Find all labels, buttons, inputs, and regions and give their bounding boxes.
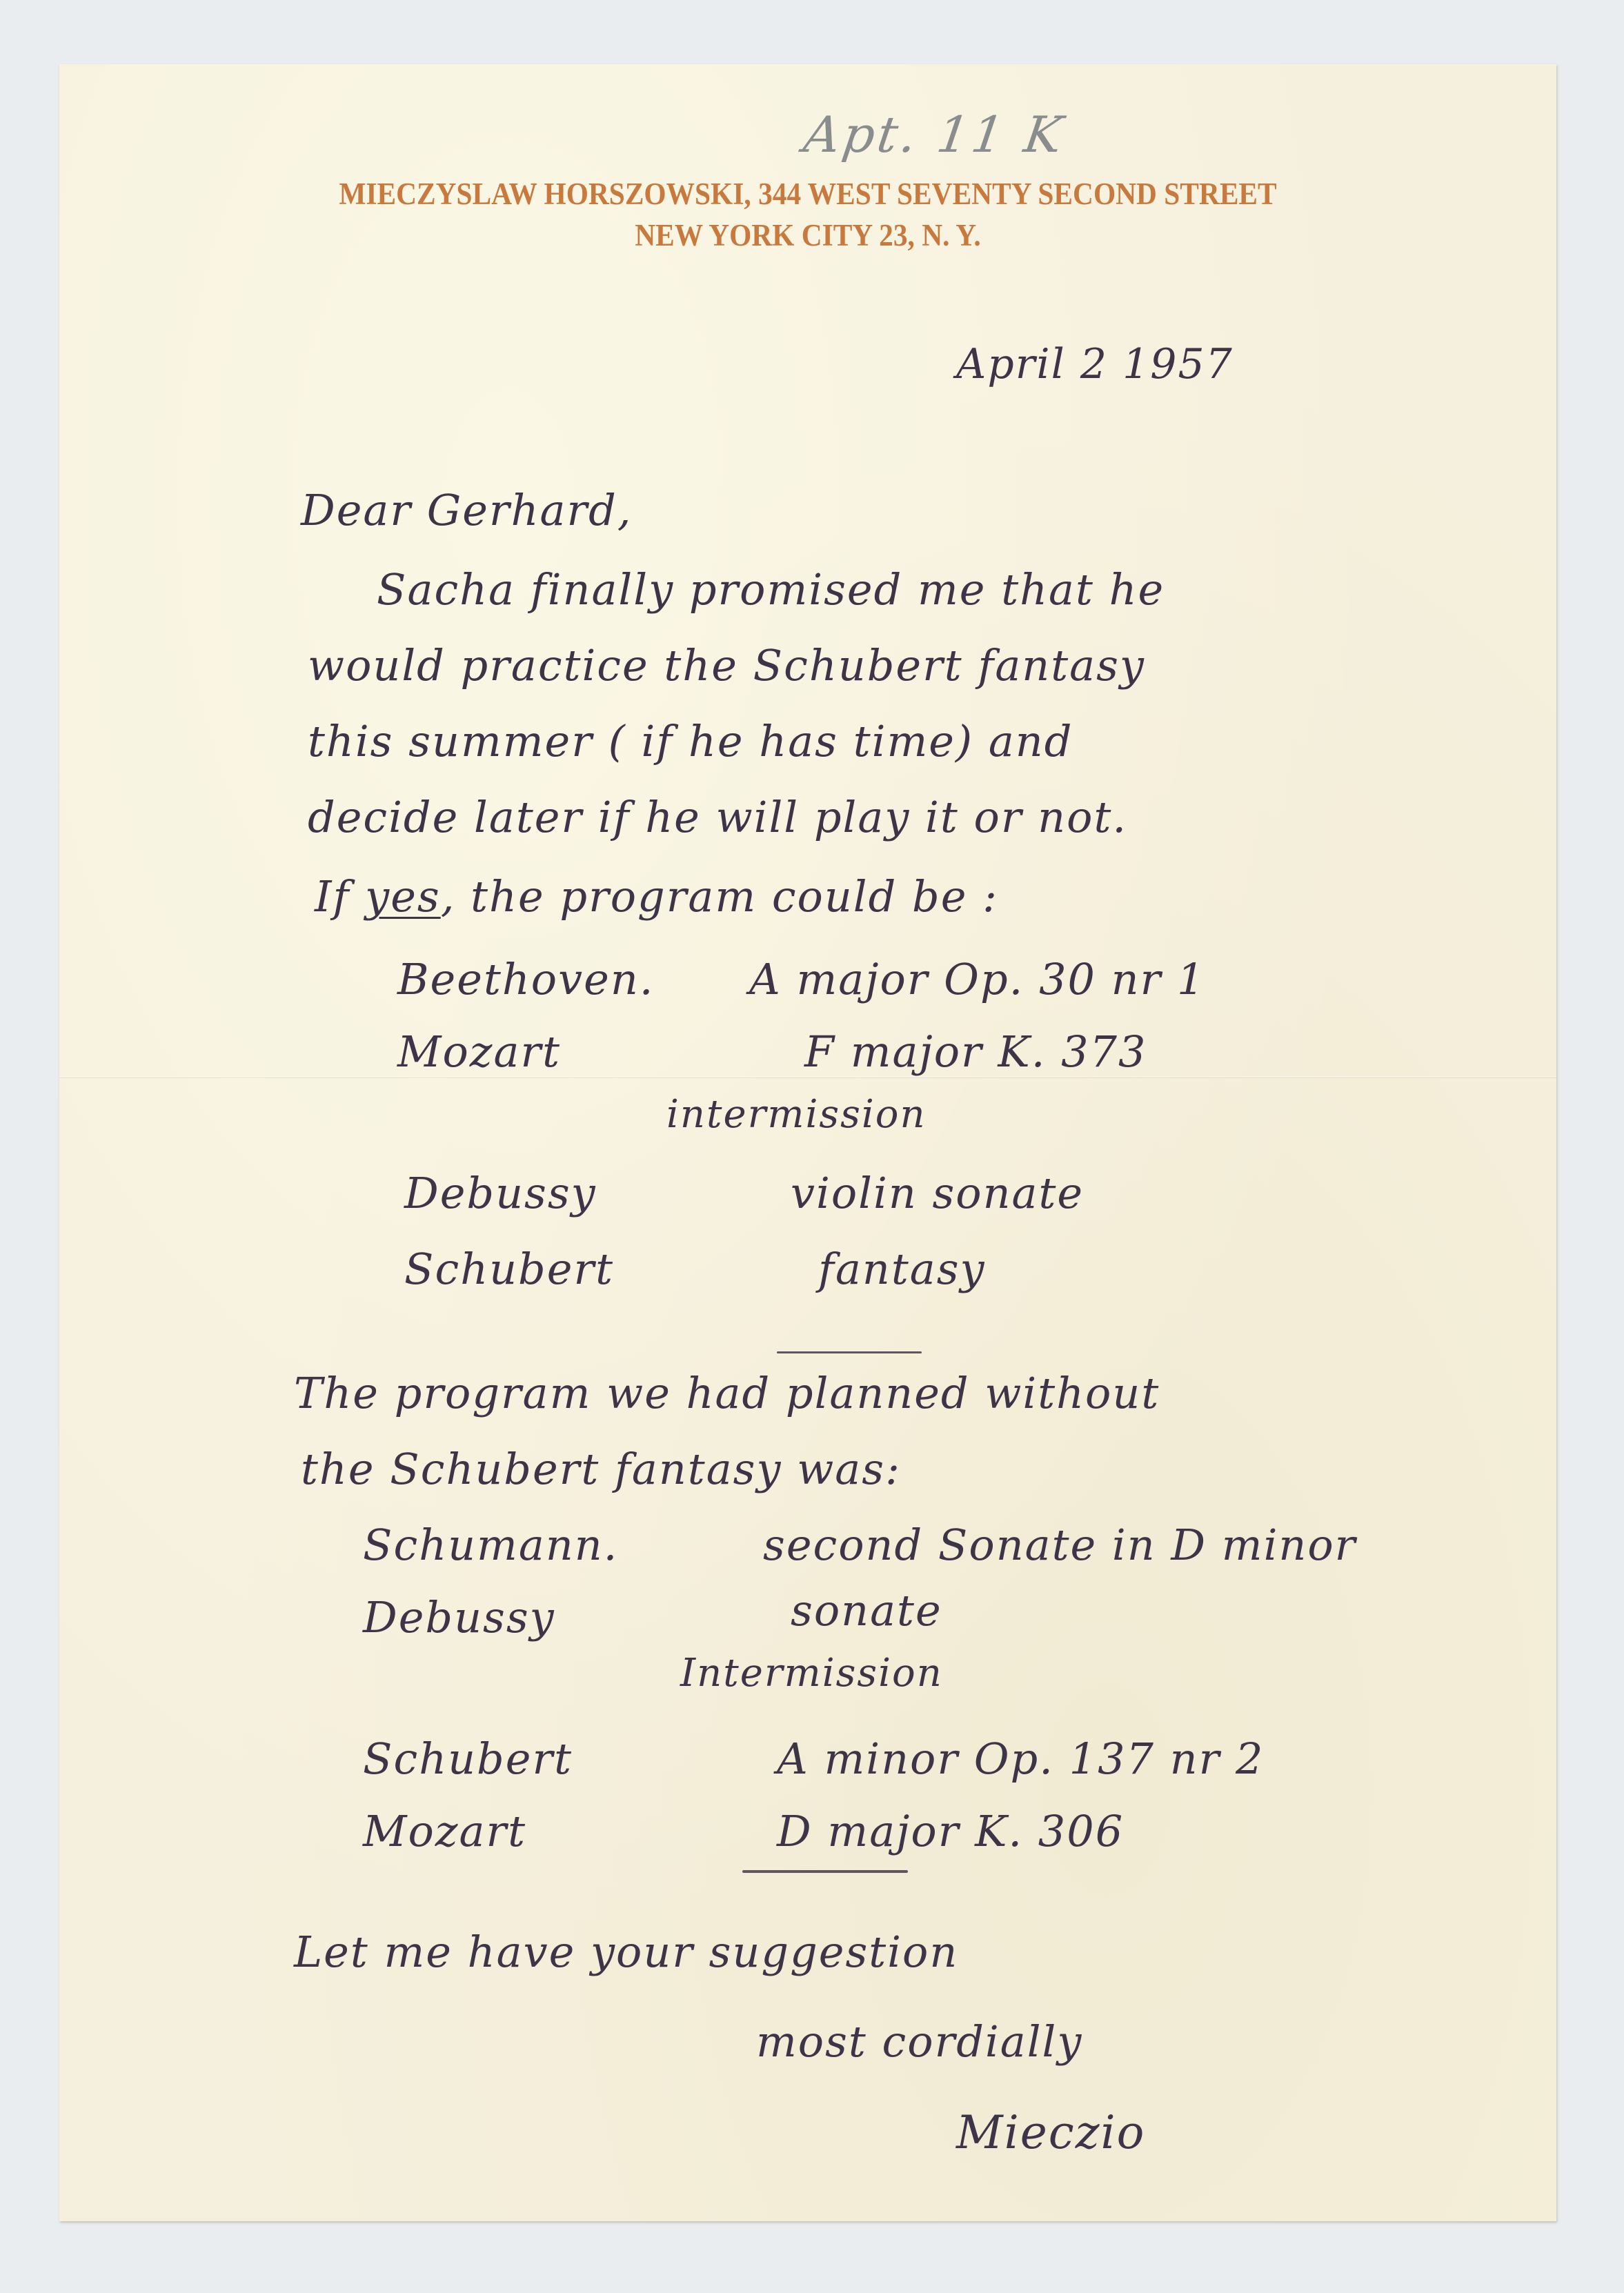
body-line-3: this summer ( if he has time) and (308, 716, 1073, 766)
program-a-composer-4: Schubert (404, 1244, 614, 1294)
program-b-composer-1: Schumann. (363, 1520, 618, 1570)
program-a-composer-3: Debussy (404, 1168, 597, 1218)
pencil-annotation: Apt. 11 K (800, 106, 1069, 163)
body-line-4: decide later if he will play it or not. (308, 792, 1127, 842)
letter-date: April 2 1957 (956, 340, 1234, 388)
program-b-work-1: second Sonate in D minor (763, 1520, 1356, 1570)
program-intro-prefix: If (315, 871, 350, 922)
program-intro-emphasis: yes (365, 871, 441, 922)
program-b-work-2: sonate (791, 1585, 942, 1636)
letterhead-name-address: MIECZYSLAW HORSZOWSKI, 344 WEST SEVENTY … (119, 176, 1496, 212)
letterhead-city: NEW YORK CITY 23, N. Y. (119, 217, 1496, 253)
program-a-work-1: A major Op. 30 nr 1 (749, 954, 1205, 1004)
program-b-composer-3: Schubert (363, 1734, 573, 1784)
program-b-composer-4: Mozart (363, 1806, 526, 1856)
program-intro-suffix: , the program could be : (441, 871, 998, 922)
program-b-intermission: Intermission (680, 1651, 943, 1696)
program-a-work-3: violin sonate (791, 1168, 1084, 1218)
letter-sheet: Apt. 11 K MIECZYSLAW HORSZOWSKI, 344 WES… (59, 64, 1556, 2221)
closing-request: Let me have your suggestion (294, 1927, 958, 1977)
program-b-composer-2: Debussy (363, 1592, 555, 1642)
closing-phrase: most cordially (756, 2016, 1082, 2067)
program-b-work-3: A minor Op. 137 nr 2 (777, 1734, 1264, 1784)
program-a-work-4: fantasy (818, 1244, 986, 1294)
closing-divider (742, 1870, 908, 1873)
program-b-intro-line-2: the Schubert fantasy was: (301, 1444, 901, 1494)
signature: Mieczio (956, 2106, 1145, 2159)
program-a-composer-2: Mozart (397, 1026, 561, 1077)
program-b-intro-line-1: The program we had planned without (294, 1368, 1160, 1418)
body-line-2: would practice the Schubert fantasy (308, 640, 1145, 691)
program-b-work-4: D major K. 306 (777, 1806, 1124, 1856)
section-divider (777, 1351, 922, 1353)
body-line-1: Sacha finally promised me that he (377, 564, 1165, 615)
program-a-work-2: F major K. 373 (804, 1026, 1147, 1077)
program-a-composer-1: Beethoven. (397, 954, 654, 1004)
program-a-intermission: intermission (666, 1092, 927, 1137)
salutation: Dear Gerhard, (301, 485, 633, 535)
program-intro: If yes, the program could be : (315, 871, 998, 922)
